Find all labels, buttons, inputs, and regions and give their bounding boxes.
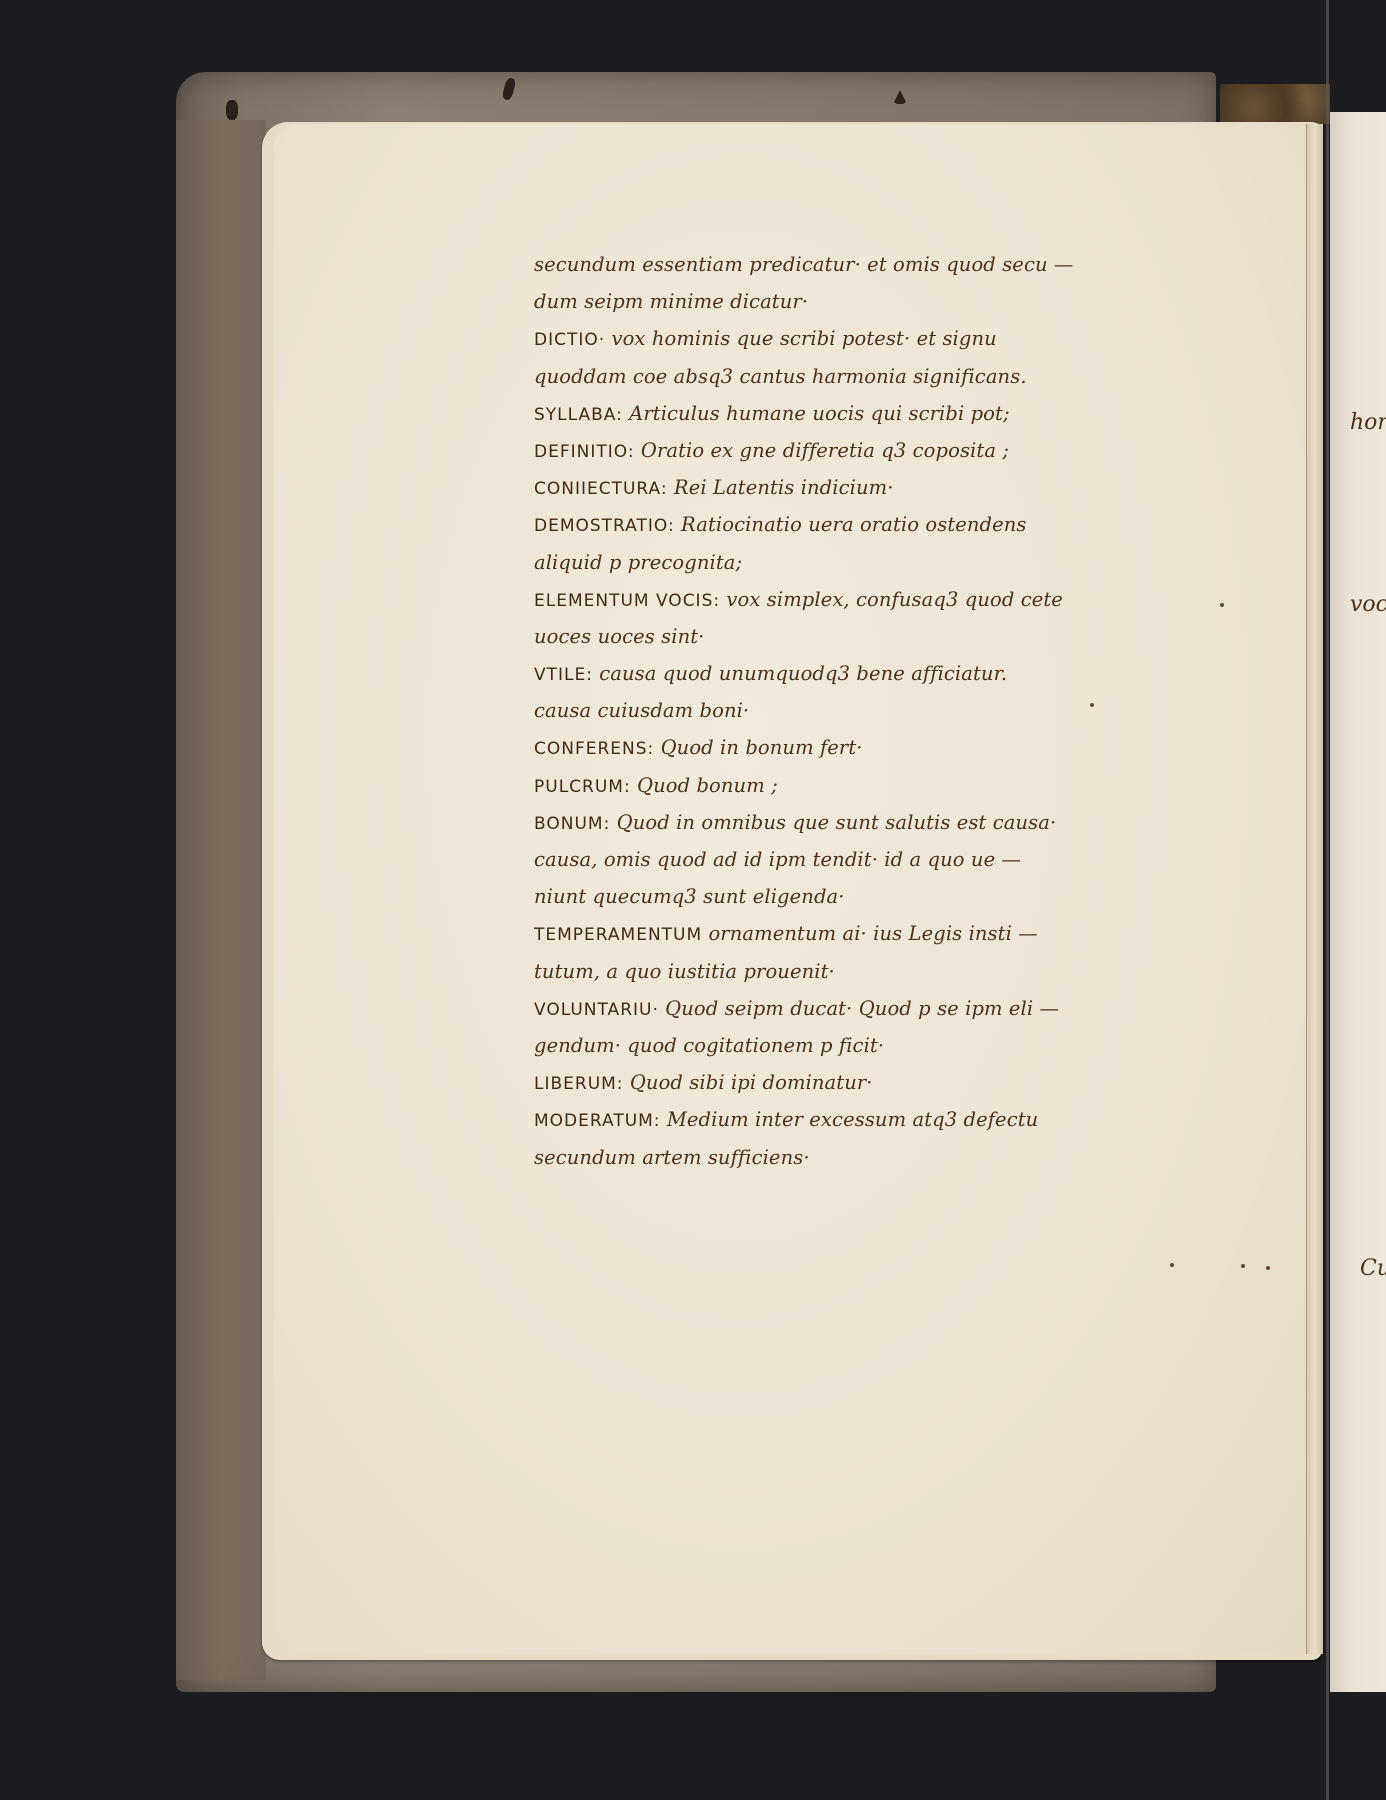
ink-speck — [1241, 1264, 1245, 1268]
manuscript-line: causa cuiusdam boni· — [534, 692, 1134, 729]
ink-speck — [1220, 603, 1224, 607]
manuscript-line: VOLUNTARIU· Quod seipm ducat· Quod p se … — [534, 990, 1134, 1027]
line-text: aliquid p precognita; — [534, 551, 742, 574]
manuscript-line: DEMOSTRATIO: Ratiocinatio uera oratio os… — [534, 506, 1134, 543]
manuscript-line: PULCRUM: Quod bonum ; — [534, 767, 1134, 804]
cover-spine-edge — [176, 120, 266, 1680]
manuscript-line: secundum essentiam predicatur· et omis q… — [534, 246, 1134, 283]
lemma-heading: DICTIO· — [534, 330, 605, 350]
line-text: Articulus humane uocis qui scribi pot; — [623, 402, 1010, 425]
line-text: causa cuiusdam boni· — [534, 699, 749, 722]
manuscript-line: SYLLABA: Articulus humane uocis qui scri… — [534, 395, 1134, 432]
line-text: dum seipm minime dicatur· — [534, 290, 808, 313]
manuscript-line: DICTIO· vox hominis que scribi potest· e… — [534, 320, 1134, 357]
lemma-heading: CONFERENS: — [534, 739, 654, 759]
lemma-heading: LIBERUM: — [534, 1074, 624, 1094]
line-text: tutum, a quo iustitia prouenit· — [534, 960, 835, 983]
lemma-heading: DEFINITIO: — [534, 442, 635, 462]
lemma-heading: PULCRUM: — [534, 777, 631, 797]
manuscript-line: BONUM: Quod in omnibus que sunt salutis … — [534, 804, 1134, 841]
manuscript-line: secundum artem sufficiens· — [534, 1139, 1134, 1176]
line-text: Quod in bonum fert· — [654, 736, 862, 759]
facing-page-fragment: hor — [1350, 410, 1386, 435]
manuscript-line: CONIIECTURA: Rei Latentis indicium· — [534, 469, 1134, 506]
manuscript-text: secundum essentiam predicatur· et omis q… — [534, 246, 1134, 1176]
line-text: quoddam coe absq3 cantus harmonia signif… — [534, 365, 1027, 388]
manuscript-line: niunt quecumq3 sunt eligenda· — [534, 878, 1134, 915]
line-text: causa quod unumquodq3 bene afficiatur. — [593, 662, 1007, 685]
lemma-heading: VTILE: — [534, 665, 593, 685]
manuscript-line: dum seipm minime dicatur· — [534, 283, 1134, 320]
ink-speck — [1266, 1266, 1270, 1270]
lemma-heading: VOLUNTARIU· — [534, 1000, 659, 1020]
facing-page-fragment: voc — [1350, 592, 1386, 617]
manuscript-line: tutum, a quo iustitia prouenit· — [534, 953, 1134, 990]
manuscript-line: LIBERUM: Quod sibi ipi dominatur· — [534, 1064, 1134, 1101]
line-text: uoces uoces sint· — [534, 625, 704, 648]
facing-page — [1330, 112, 1386, 1692]
line-text: secundum essentiam predicatur· et omis q… — [534, 253, 1074, 276]
line-text: ornamentum ai· ius Legis insti — — [702, 922, 1038, 945]
line-text: Quod seipm ducat· Quod p se ipm eli — — [659, 997, 1059, 1020]
lemma-heading: TEMPERAMENTUM — [534, 925, 702, 945]
line-text: niunt quecumq3 sunt eligenda· — [534, 885, 845, 908]
manuscript-line: VTILE: causa quod unumquodq3 bene affici… — [534, 655, 1134, 692]
page-fore-edge — [1306, 124, 1323, 1654]
line-text: Rei Latentis indicium· — [668, 476, 894, 499]
line-text: Medium inter excessum atq3 defectu — [661, 1108, 1039, 1131]
manuscript-line: causa, omis quod ad id ipm tendit· id a … — [534, 841, 1134, 878]
line-text: vox simplex, confusaq3 quod cete — [720, 588, 1063, 611]
line-text: Oratio ex gne differetia q3 coposita ; — [635, 439, 1009, 462]
manuscript-line: uoces uoces sint· — [534, 618, 1134, 655]
manuscript-line: gendum· quod cogitationem p ficit· — [534, 1027, 1134, 1064]
manuscript-line: DEFINITIO: Oratio ex gne differetia q3 c… — [534, 432, 1134, 469]
facing-page-fragment: Cu — [1360, 1256, 1386, 1281]
lemma-heading: DEMOSTRATIO: — [534, 516, 675, 536]
manuscript-line: ELEMENTUM VOCIS: vox simplex, confusaq3 … — [534, 581, 1134, 618]
manuscript-line: quoddam coe absq3 cantus harmonia signif… — [534, 358, 1134, 395]
lemma-heading: MODERATUM: — [534, 1111, 661, 1131]
line-text: vox hominis que scribi potest· et signu — [605, 327, 997, 350]
line-text: gendum· quod cogitationem p ficit· — [534, 1034, 884, 1057]
line-text: Quod bonum ; — [631, 774, 778, 797]
lemma-heading: ELEMENTUM VOCIS: — [534, 591, 720, 611]
manuscript-line: CONFERENS: Quod in bonum fert· — [534, 729, 1134, 766]
manuscript-line: TEMPERAMENTUM ornamentum ai· ius Legis i… — [534, 915, 1134, 952]
gutter-line — [1326, 0, 1329, 1800]
line-text: secundum artem sufficiens· — [534, 1146, 810, 1169]
lemma-heading: SYLLABA: — [534, 405, 623, 425]
line-text: Quod in omnibus que sunt salutis est cau… — [610, 811, 1056, 834]
lemma-heading: BONUM: — [534, 814, 610, 834]
manuscript-line: aliquid p precognita; — [534, 544, 1134, 581]
manuscript-line: MODERATUM: Medium inter excessum atq3 de… — [534, 1101, 1134, 1138]
line-text: Ratiocinatio uera oratio ostendens — [675, 513, 1027, 536]
line-text: Quod sibi ipi dominatur· — [624, 1071, 873, 1094]
headband — [1220, 84, 1330, 124]
ink-speck — [1090, 703, 1094, 707]
cover-wormhole — [226, 100, 238, 120]
line-text: causa, omis quod ad id ipm tendit· id a … — [534, 848, 1021, 871]
lemma-heading: CONIIECTURA: — [534, 479, 668, 499]
ink-speck — [1170, 1263, 1174, 1267]
